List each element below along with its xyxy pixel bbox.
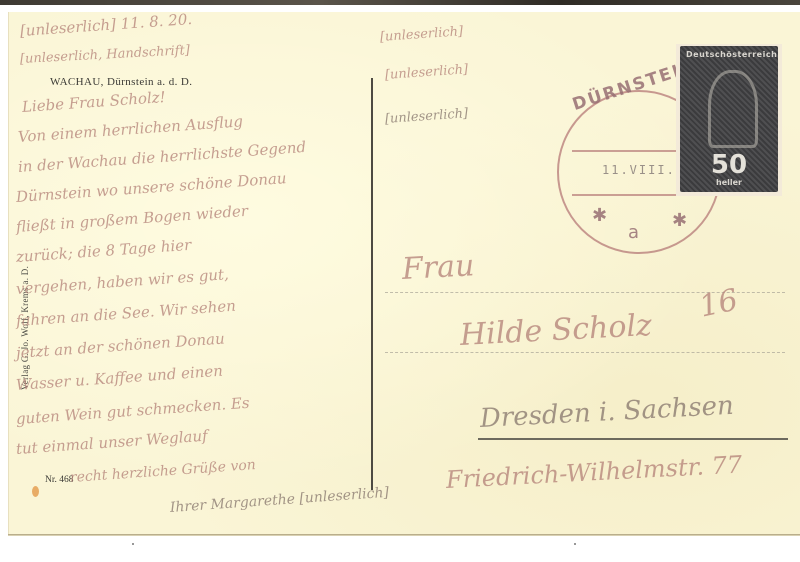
postmark-star-icon: ✱ <box>672 210 687 231</box>
postmark-letter: a <box>628 222 639 243</box>
postmark-star-icon: ✱ <box>592 205 607 226</box>
address-rule <box>385 352 785 353</box>
stamp-allegory-icon <box>708 70 758 148</box>
stamp-value: 50 <box>680 150 778 180</box>
scan-speck <box>574 543 576 545</box>
scan-speck <box>132 543 134 545</box>
stamp-face: Deutschösterreich 50 heller <box>680 46 778 192</box>
recipient-salutation: Frau <box>401 248 475 287</box>
printed-title: WACHAU, Dürnstein a. d. D. <box>50 76 192 88</box>
stamp-unit: heller <box>680 178 778 187</box>
center-divider <box>371 78 373 490</box>
scan-top-edge <box>0 0 800 5</box>
stamp-country: Deutschösterreich <box>686 50 772 59</box>
stain-mark <box>32 486 39 497</box>
address-rule-underline <box>478 438 788 440</box>
postage-stamp: Deutschösterreich 50 heller <box>676 44 782 196</box>
